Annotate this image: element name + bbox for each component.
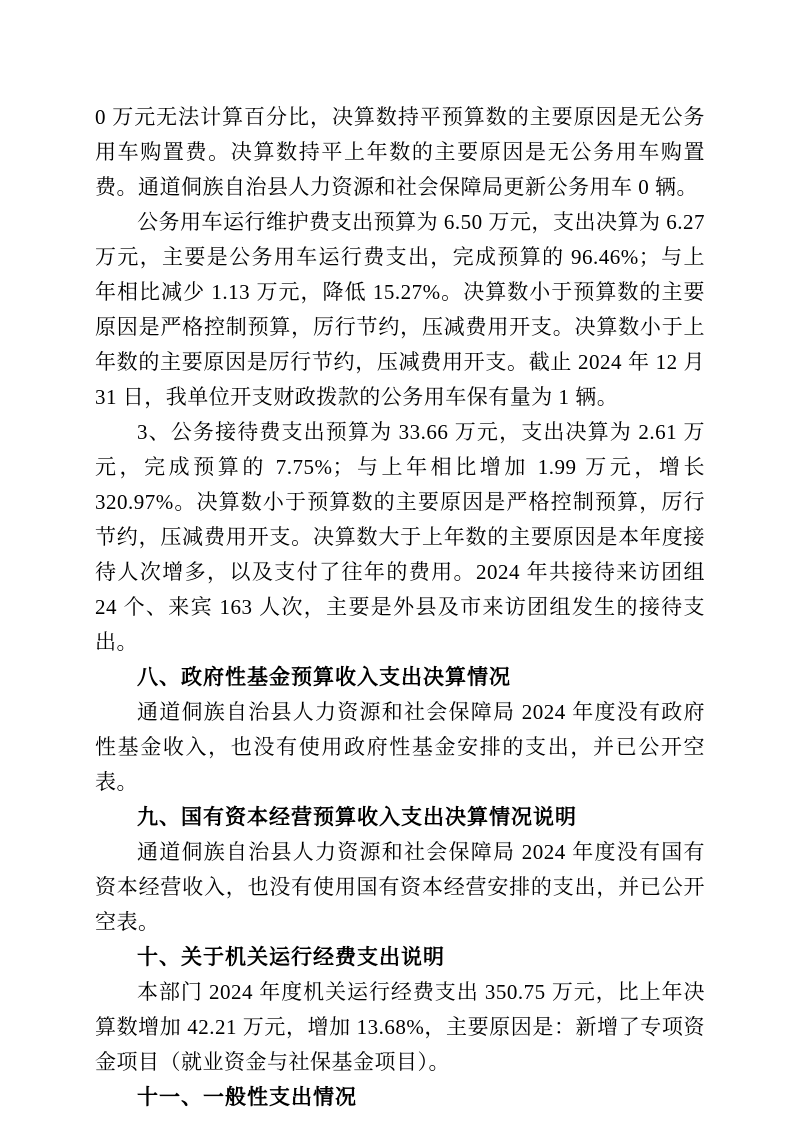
heading-section-11-general-expenditure: 十一、一般性支出情况: [95, 1080, 705, 1115]
paragraph-state-capital-statement: 通道侗族自治县人力资源和社会保障局 2024 年度没有国有资本经营收入，也没有使…: [95, 835, 705, 940]
paragraph-vehicle-operation-maintenance-cost: 公务用车运行维护费支出预算为 6.50 万元，支出决算为 6.27 万元，主要是…: [95, 205, 705, 415]
heading-section-10-agency-operating-expenses: 十、关于机关运行经费支出说明: [95, 940, 705, 975]
document-body: 0 万元无法计算百分比，决算数持平预算数的主要原因是无公务用车购置费。决算数持平…: [95, 100, 705, 1115]
document-page: 0 万元无法计算百分比，决算数持平预算数的主要原因是无公务用车购置费。决算数持平…: [0, 0, 793, 1122]
heading-section-8-government-funds-budget: 八、政府性基金预算收入支出决算情况: [95, 660, 705, 695]
paragraph-government-funds-statement: 通道侗族自治县人力资源和社会保障局 2024 年度没有政府性基金收入，也没有使用…: [95, 695, 705, 800]
paragraph-vehicle-purchase-continuation: 0 万元无法计算百分比，决算数持平预算数的主要原因是无公务用车购置费。决算数持平…: [95, 100, 705, 205]
paragraph-agency-operating-expenses-statement: 本部门 2024 年度机关运行经费支出 350.75 万元，比上年决算数增加 4…: [95, 975, 705, 1080]
paragraph-official-reception-cost: 3、公务接待费支出预算为 33.66 万元，支出决算为 2.61 万元，完成预算…: [95, 415, 705, 660]
heading-section-9-state-capital-budget: 九、国有资本经营预算收入支出决算情况说明: [95, 800, 705, 835]
